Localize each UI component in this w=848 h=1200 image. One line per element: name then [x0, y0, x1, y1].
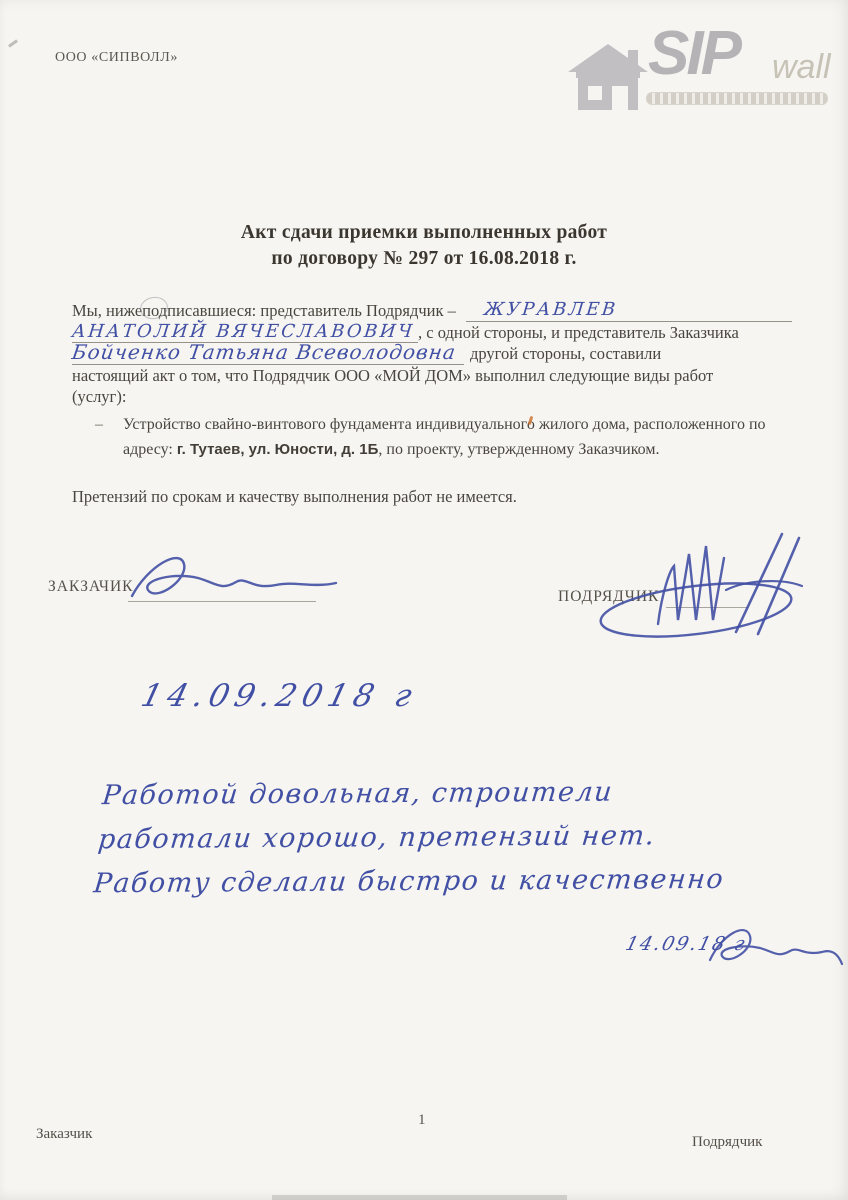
house-icon — [562, 38, 654, 112]
logo-tagline-bar — [646, 92, 828, 105]
handwritten-contractor-name: Анатолий Вячеславович — [71, 321, 416, 343]
work-item-text-after: , по проекту, утвержденному Заказчиком. — [378, 441, 659, 458]
intro-line-1: Мы, нижеподписавшиеся: представитель Под… — [72, 300, 792, 322]
intro-after-contractor: , с одной стороны, и представитель Заказ… — [418, 322, 739, 344]
logo-text-wall: wall — [772, 48, 831, 87]
logo-text-sip: SIP — [648, 18, 739, 89]
scan-artifact-bottom-edge — [272, 1195, 567, 1200]
scan-artifact-corner — [8, 39, 18, 47]
document-title-line2: по договору № 297 от 16.08.2018 г. — [0, 246, 848, 272]
bullet-dash: – — [95, 412, 103, 462]
intro-line-5: (услуг): — [72, 386, 792, 408]
footer-customer-label: Заказчик — [36, 1126, 92, 1143]
handwritten-contractor-surname: Журавлев — [483, 299, 619, 321]
contractor-surname-blank: Журавлев — [466, 303, 792, 322]
intro-line-3: Бойченко Татьяна Всеволодовна другой сто… — [72, 343, 792, 365]
review-line-3: Работу сделали быстро и качественно — [92, 858, 727, 906]
handwritten-date: 14.09.2018 г — [138, 678, 422, 714]
customer-name-blank: Бойченко Татьяна Всеволодовна — [72, 346, 464, 365]
handwritten-customer-name: Бойченко Татьяна Всеволодовна — [70, 342, 457, 364]
intro-prefix: Мы, нижеподписавшиеся: представитель Под… — [72, 300, 456, 322]
work-item: – Устройство свайно-винтового фундамента… — [95, 412, 795, 462]
contractor-signature — [586, 528, 836, 640]
handwritten-review: Работой довольная, строители работали хо… — [92, 770, 735, 906]
footer-page-number: 1 — [418, 1112, 426, 1129]
sipwall-logo: SIP wall — [560, 26, 828, 118]
customer-signature — [118, 538, 348, 610]
document-title: Акт сдачи приемки выполненных работ по д… — [0, 220, 848, 272]
footer-contractor-label: Подрядчик — [692, 1134, 762, 1151]
work-item-address: г. Тутаев, ул. Юности, д. 1Б — [177, 441, 379, 458]
company-name: ООО «СИПВОЛЛ» — [55, 50, 178, 66]
intro-paragraph: Мы, нижеподписавшиеся: представитель Под… — [72, 300, 792, 408]
review-line-2: работали хорошо, претензий нет. — [96, 814, 731, 862]
intro-line-4: настоящий акт о том, что Подрядчик ООО «… — [72, 365, 792, 387]
document-title-line1: Акт сдачи приемки выполненных работ — [0, 220, 848, 246]
scanned-document-page: ООО «СИПВОЛЛ» SIP wall Акт сдачи приемки… — [0, 0, 848, 1200]
review-line-1: Работой довольная, строители — [100, 770, 735, 818]
work-item-text: Устройство свайно-винтового фундамента и… — [123, 412, 795, 462]
claims-note: Претензий по срокам и качеству выполнени… — [72, 487, 517, 507]
small-signature — [700, 916, 845, 974]
intro-after-customer: другой стороны, составили — [470, 343, 661, 365]
